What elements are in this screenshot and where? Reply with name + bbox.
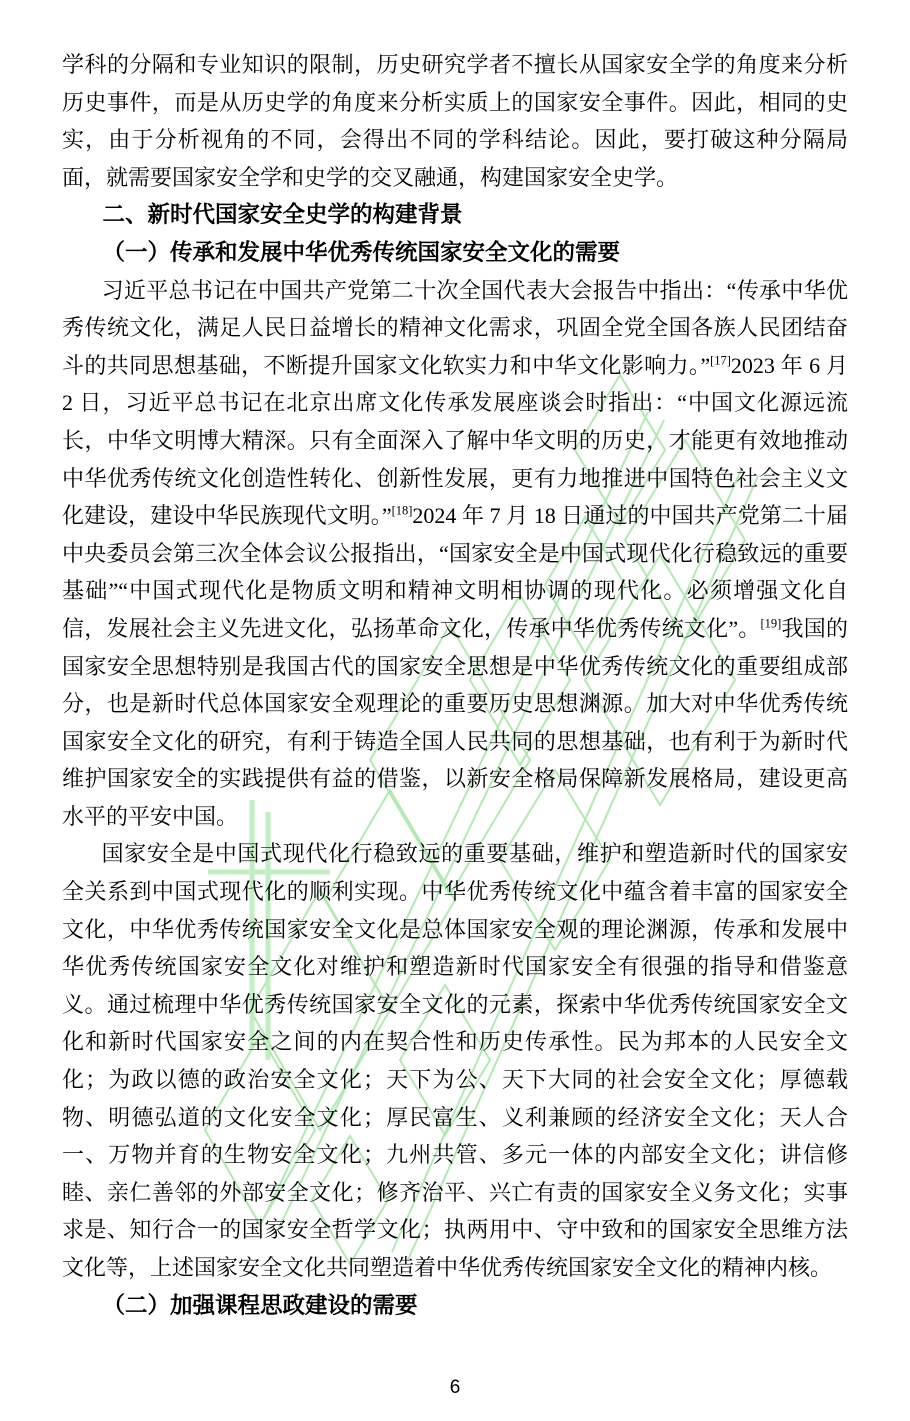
- paragraph-quotes: 习近平总书记在中国共产党第二十次全国代表大会报告中指出：“传承中华优秀传统文化，…: [62, 272, 848, 836]
- footnote-ref-17: [17]: [710, 353, 731, 367]
- subsection-heading-2: （二）加强课程思政建设的需要: [62, 1287, 848, 1325]
- document-content: 学科的分隔和专业知识的限制，历史研究学者不擅长从国家安全学的角度来分析历史事件，…: [0, 0, 910, 1324]
- footnote-ref-18: [18]: [392, 504, 413, 518]
- paragraph-continuation: 学科的分隔和专业知识的限制，历史研究学者不擅长从国家安全学的角度来分析历史事件，…: [62, 46, 848, 196]
- paragraph-run: 2023 年 6 月 2 日，习近平总书记在北京出席文化传承发展座谈会时指出：“…: [62, 353, 848, 528]
- footnote-ref-19: [19]: [761, 617, 782, 631]
- page-footer: 6: [0, 1377, 910, 1399]
- paragraph-security-culture: 国家安全是中国式现代化行稳致远的重要基础，维护和塑造新时代的国家安全关系到中国式…: [62, 835, 848, 1286]
- page-number: 6: [450, 1377, 461, 1398]
- section-heading: 二、新时代国家安全史学的构建背景: [62, 196, 848, 234]
- subsection-heading-1: （一）传承和发展中华优秀传统国家安全文化的需要: [62, 234, 848, 272]
- paragraph-run: 我国的国家安全思想特别是我国古代的国家安全思想是中华优秀传统文化的重要组成部分，…: [62, 616, 848, 829]
